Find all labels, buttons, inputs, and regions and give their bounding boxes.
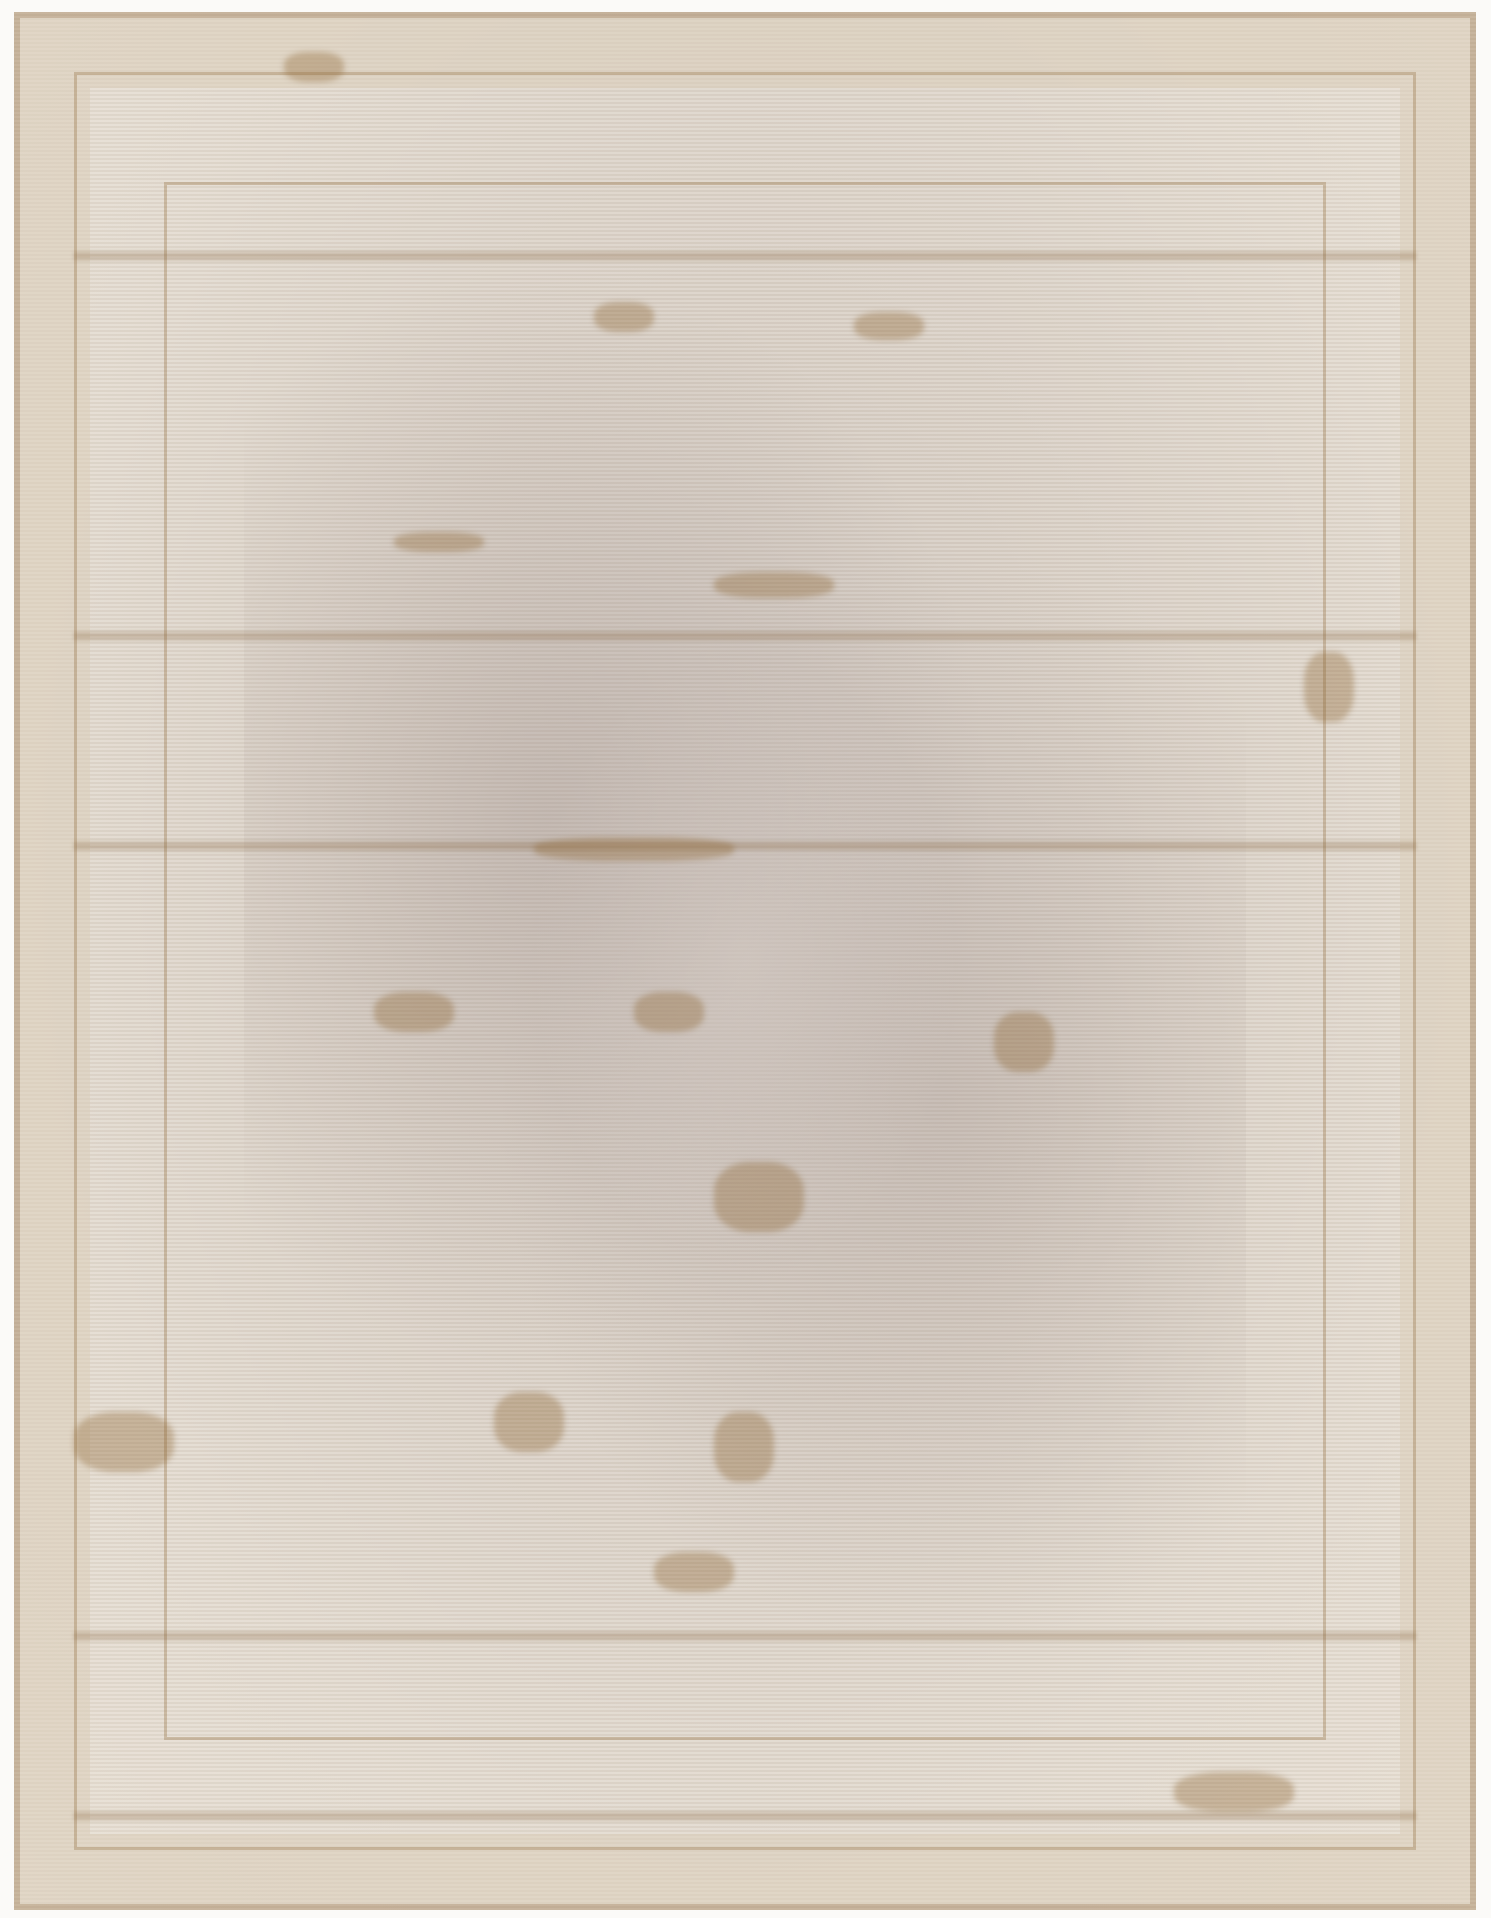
rug-stripe	[74, 842, 1416, 850]
rug-motif	[854, 312, 924, 340]
rug-motif	[1174, 1772, 1294, 1812]
rug-motif	[654, 1552, 734, 1592]
rug-stripe	[74, 1812, 1416, 1820]
rug-motif	[634, 992, 704, 1032]
rug-motif	[494, 1392, 564, 1452]
rug-motif	[714, 1412, 774, 1482]
rug-stripe	[74, 632, 1416, 640]
rug-stripe	[74, 1632, 1416, 1640]
rug-motif	[594, 302, 654, 332]
rug-motif	[394, 532, 484, 552]
rug-stripe	[74, 252, 1416, 260]
rug-motif	[994, 1012, 1054, 1072]
rug-motif	[714, 1162, 804, 1232]
rug-motif	[74, 1412, 174, 1472]
rug-motif	[534, 837, 734, 861]
rug-motif	[284, 52, 344, 82]
rug-motif	[374, 992, 454, 1032]
rug	[14, 12, 1476, 1910]
rug-motif	[714, 572, 834, 598]
rug-motif	[1304, 652, 1354, 722]
